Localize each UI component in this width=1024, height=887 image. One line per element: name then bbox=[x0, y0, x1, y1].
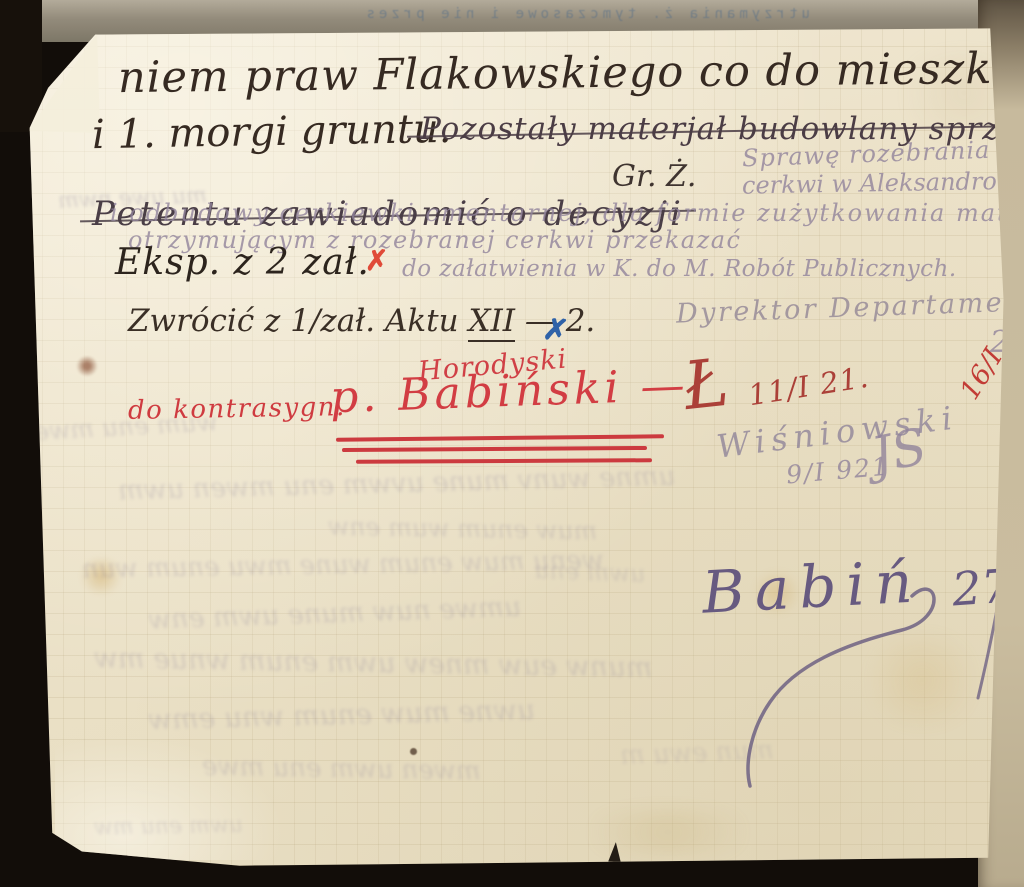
red-underline bbox=[336, 434, 664, 441]
pencil-note-ministry: do załatwienia w K. do M. Robót Publiczn… bbox=[402, 258, 957, 281]
file-number-roman: XII bbox=[468, 303, 515, 342]
bleedthrough-line: muw enum wum enw bbox=[328, 512, 598, 546]
return-note-prefix: Zwrócić z 1/zał. Aktu bbox=[128, 303, 468, 339]
typed-bleedthrough-text: utrzymania ż. tymczasowe i nie przes bbox=[150, 6, 810, 22]
red-check-mark: ✗ bbox=[365, 247, 388, 275]
blue-check-mark: ✗ bbox=[541, 314, 570, 347]
bleedthrough-line: umne wunv mune uvwm enu mwen uwm bbox=[118, 461, 676, 507]
handwritten-abbreviation: Gr. Ż. bbox=[612, 162, 696, 192]
bleedthrough-line: uwm enu mw bbox=[94, 813, 243, 841]
purple-signature-babinski: Babiń bbox=[701, 552, 924, 621]
red-date-annotation: 11/I 21. bbox=[746, 363, 871, 411]
bleedthrough-line: munw euw mnew uwm enum wnue mw bbox=[94, 641, 653, 684]
background-top-left-corner bbox=[0, 0, 42, 132]
bleedthrough-line: umwe nuw mune uwm enw bbox=[148, 591, 522, 635]
ink-stain bbox=[76, 356, 98, 376]
scanned-document-canvas: utrzymania ż. tymczasowe i nie przes mu … bbox=[0, 0, 1024, 887]
bleedthrough-line: wenu muw enum wune mwu enum wun bbox=[82, 545, 604, 584]
pencil-title-director: Dyrektor Departamentu bbox=[676, 287, 1024, 327]
red-countersign-note: do kontrasygn. bbox=[128, 394, 346, 424]
bleedthrough-line: uwm enu bbox=[534, 556, 646, 588]
age-stain bbox=[556, 810, 780, 854]
bleedthrough-line: mwen uwm enu mwe bbox=[202, 752, 481, 787]
red-name-babinski: p. Babiński — bbox=[329, 364, 689, 420]
bleedthrough-line: mun ewu m bbox=[620, 735, 775, 770]
pencil-paraph: JS bbox=[867, 421, 931, 481]
pencil-note-church: cerkwi w Aleksandrowie bbox=[742, 168, 1024, 197]
handwritten-line-1: niem praw Flakowskiego co do mieszkania bbox=[118, 47, 1024, 100]
handwritten-dispatch-note: Eksp. z 2 zał. bbox=[115, 245, 370, 281]
age-stain bbox=[856, 634, 988, 726]
paper-speck bbox=[410, 748, 417, 755]
bleedthrough-line: uwne muw enum wnu emw bbox=[148, 693, 536, 736]
pencil-note-rebuilding: i odbudowy cerkiewki cmentarnej, dla for… bbox=[110, 201, 1024, 225]
red-underline bbox=[342, 446, 647, 452]
handwritten-return-note: Zwrócić z 1/zał. Aktu XII — 2. bbox=[128, 306, 595, 337]
document-paper: mu uwe nwm wum enu mwe umne wunv mune uv… bbox=[0, 0, 1024, 887]
handwritten-line-2: i 1. morgi gruntu. bbox=[92, 109, 452, 155]
red-paraph-initial: Ł bbox=[681, 350, 732, 420]
